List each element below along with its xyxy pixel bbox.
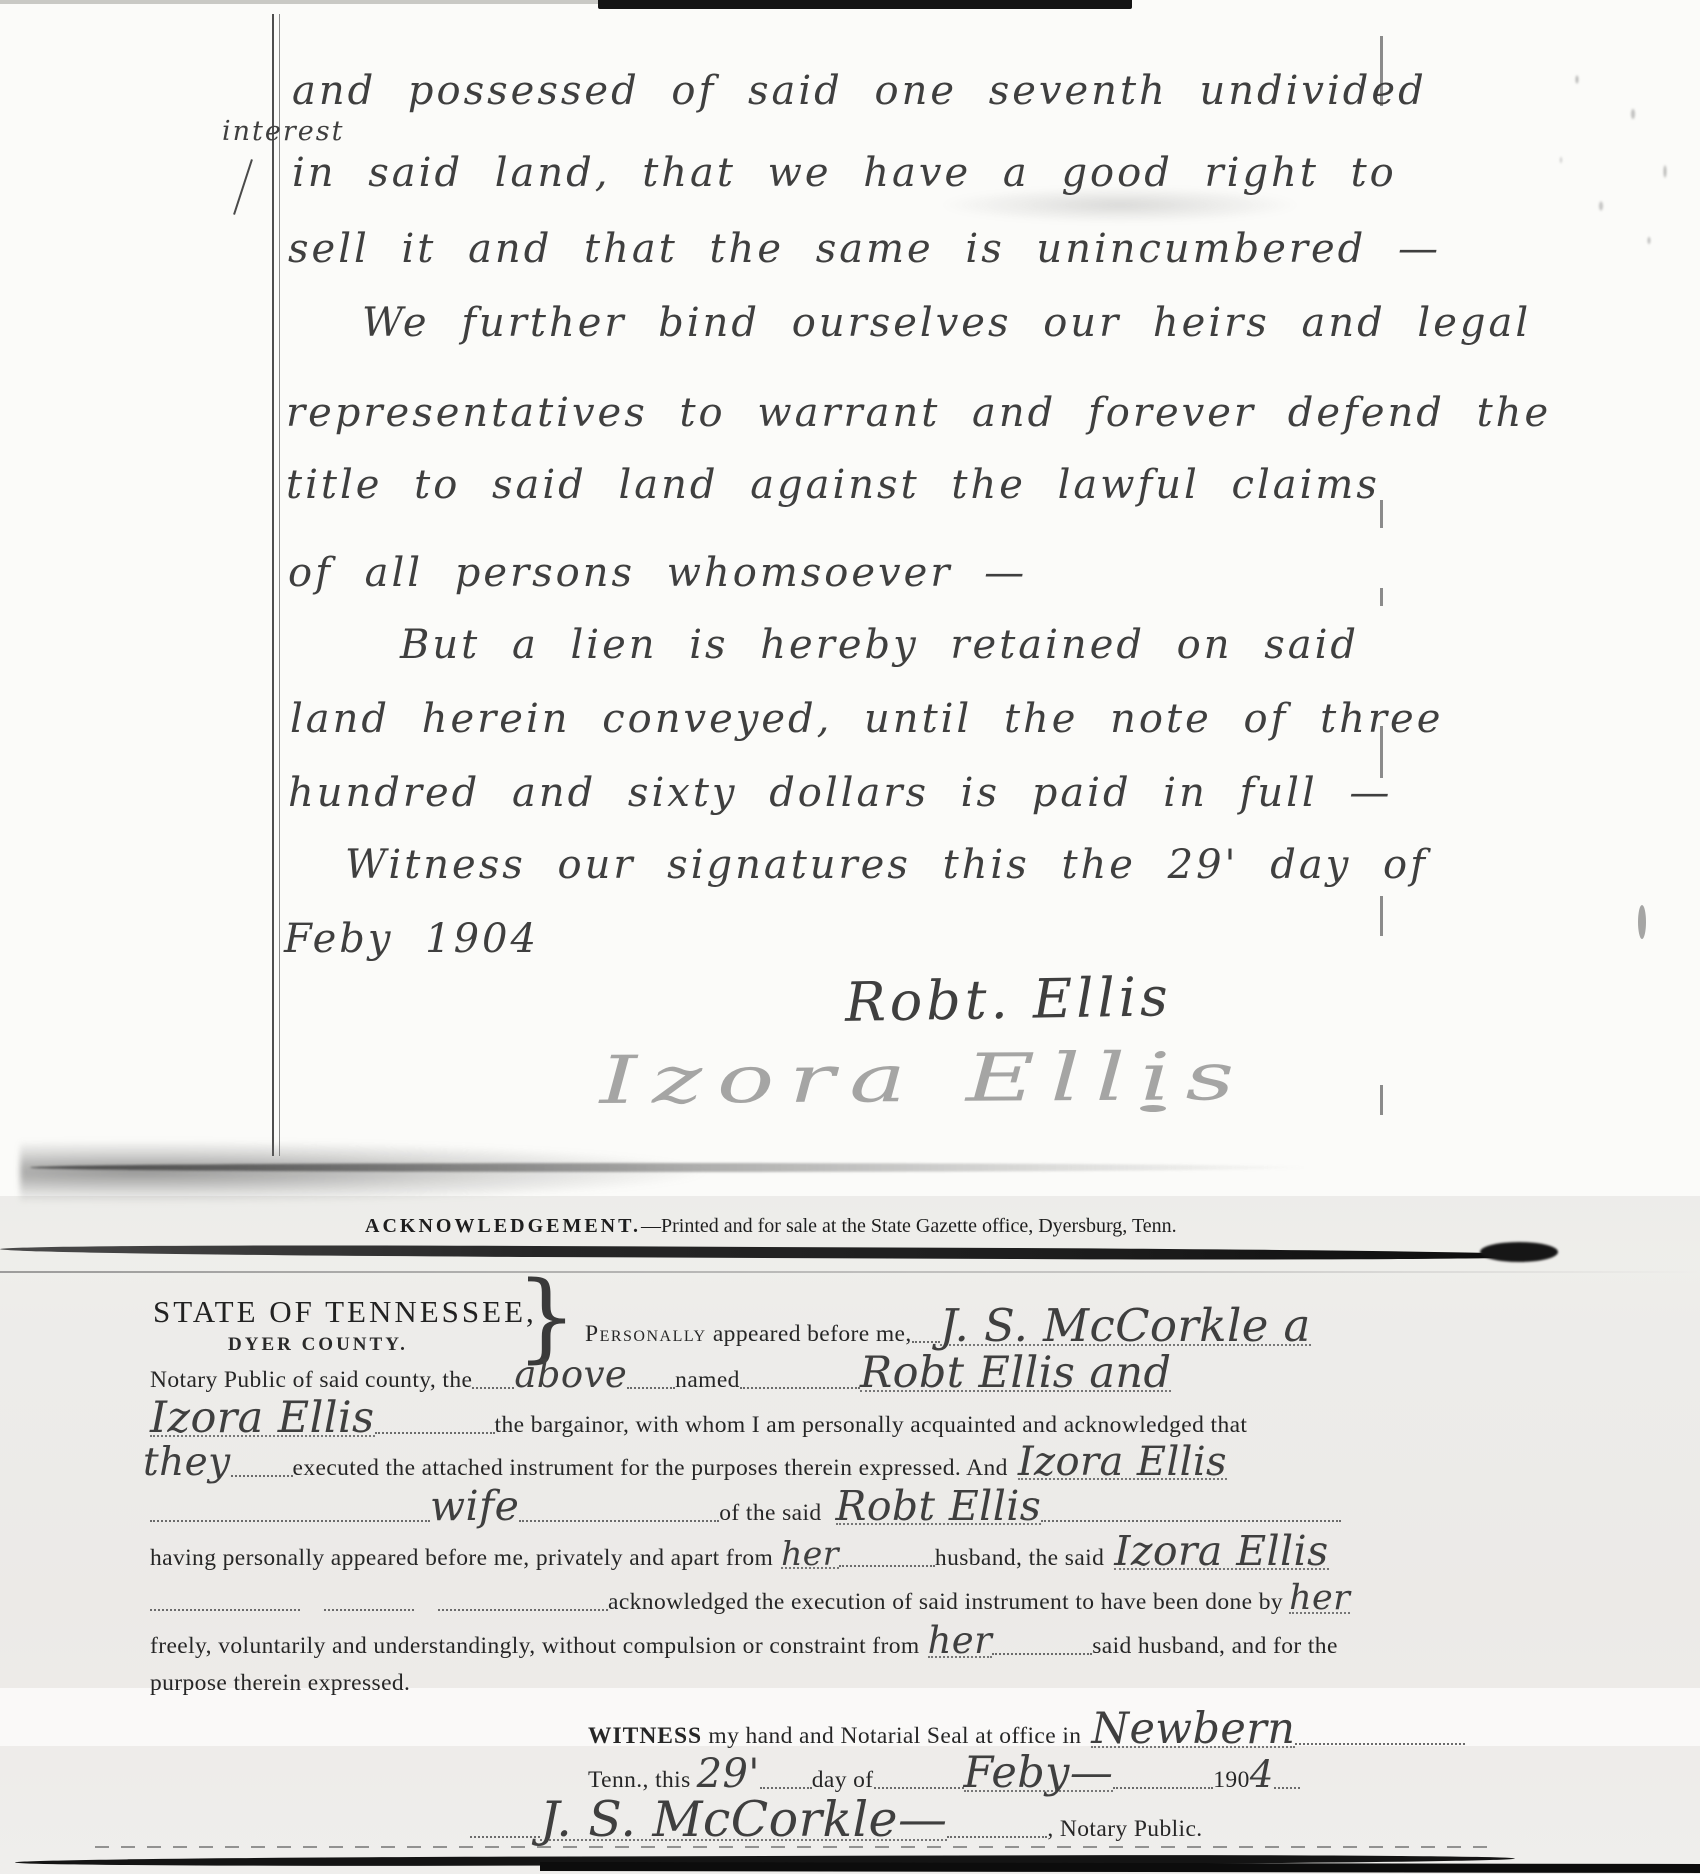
inserted-word: interest (222, 116, 344, 147)
margin-rule-line (272, 14, 280, 1156)
scan-right-mark (1380, 500, 1383, 528)
handwritten-line: of all persons whomsoever — (288, 550, 1027, 596)
form-row-witness: WITNESS my hand and Notarial Seal at off… (588, 1712, 1465, 1750)
handwritten-entry: J. S. McCorkle a (940, 1308, 1311, 1346)
handwritten-entry: her (1289, 1584, 1350, 1614)
dotted-leader (375, 1430, 495, 1434)
handwritten-entry: Feby— (964, 1756, 1114, 1792)
dotted-leader (519, 1518, 719, 1522)
handwritten-entry: J. S. McCorkle— (540, 1800, 947, 1841)
handwritten-line: hundred and sixty dollars is paid in ful… (288, 770, 1392, 816)
handwritten-entry: above (514, 1360, 627, 1390)
scan-top-gray-strip (0, 0, 640, 4)
handwritten-entry: they (143, 1447, 231, 1478)
form-row-bargainor: Izora Ellis the bargainor, with whom I a… (150, 1401, 1247, 1439)
dotted-leader (470, 1834, 540, 1838)
handwritten-entry: Newbern (1091, 1712, 1295, 1748)
scan-smudge-band (20, 1128, 1340, 1208)
dotted-leader (438, 1607, 608, 1611)
dotted-leader (1274, 1785, 1300, 1789)
header-heavy-rule (0, 1244, 1548, 1262)
dotted-leader (1041, 1518, 1341, 1522)
handwritten-line: title to said land against the lawful cl… (286, 462, 1380, 508)
handwritten-line: Witness our signatures this the 29' day … (345, 842, 1428, 888)
printed-text: freely, voluntarily and understandingly,… (150, 1633, 920, 1660)
printed-text: 190 (1213, 1767, 1249, 1794)
printed-text: acknowledged the execution of said instr… (608, 1589, 1283, 1616)
handwritten-entry: her (781, 1541, 839, 1569)
brace-glyph: } (516, 1272, 577, 1363)
handwritten-line: sell it and that the same is unincumbere… (288, 226, 1441, 272)
dotted-leader (150, 1518, 430, 1522)
dotted-leader (760, 1785, 812, 1789)
dotted-leader (839, 1563, 935, 1567)
form-row-notary-signature: J. S. McCorkle— , Notary Public. (470, 1800, 1203, 1843)
handwritten-line: representatives to warrant and forever d… (286, 390, 1551, 436)
printed-text: Notary Public of said county, the (150, 1367, 472, 1394)
county-heading: DYER COUNTY. (228, 1334, 408, 1356)
dotted-leader (740, 1385, 860, 1389)
printed-text: the bargainor, with whom I am personally… (495, 1412, 1248, 1439)
dotted-leader (947, 1834, 1047, 1838)
scan-right-mark (1380, 896, 1383, 936)
dotted-leader (231, 1473, 293, 1477)
printed-text: named (675, 1367, 740, 1394)
scan-right-mark (1380, 588, 1383, 606)
scan-speck (1648, 1640, 1656, 1645)
acknowledgement-subtitle: —Printed and for sale at the State Gazet… (641, 1215, 1177, 1237)
printed-text: purpose therein expressed. (150, 1670, 410, 1697)
printed-text: having personally appeared before me, pr… (150, 1545, 773, 1572)
handwritten-entry: Izora Ellis (1114, 1535, 1328, 1570)
caret-mark (233, 159, 253, 215)
form-row-date: Tenn., this 29' day of Feby— 190 4 (588, 1756, 1300, 1794)
handwritten-line: Feby 1904 (284, 916, 539, 962)
printed-text: day of (812, 1767, 874, 1794)
dotted-leader (324, 1607, 414, 1611)
printed-text: of the said (719, 1500, 821, 1527)
state-heading: STATE OF TENNESSEE, (153, 1294, 537, 1330)
scan-top-black-bar (598, 0, 1132, 9)
acknowledgement-title: ACKNOWLEDGEMENT. (365, 1215, 641, 1237)
handwritten-entry: Robt Ellis and (860, 1356, 1172, 1392)
handwritten-line: and possessed of said one seventh undivi… (292, 68, 1427, 114)
form-row-having: having personally appeared before me, pr… (150, 1535, 1329, 1572)
scan-speckle-cloud (1545, 45, 1700, 275)
form-row-purpose: purpose therein expressed. (150, 1670, 410, 1697)
handwritten-line: land herein conveyed, until the note of … (290, 696, 1443, 742)
scan-smudge-line (30, 1163, 1310, 1172)
handwritten-line: in said land, that we have a good right … (292, 150, 1397, 196)
printed-text: WITNESS (588, 1723, 702, 1750)
form-row-acknowledged: acknowledged the execution of said instr… (150, 1584, 1350, 1616)
dotted-leader (627, 1385, 675, 1389)
acknowledgement-header: ACKNOWLEDGEMENT.—Printed and for sale at… (365, 1215, 1177, 1238)
handwritten-entry: her (928, 1626, 993, 1658)
printed-text: husband, the said (935, 1545, 1104, 1572)
handwritten-entry: wife (430, 1490, 519, 1523)
printed-text: executed the attached instrument for the… (293, 1455, 1008, 1482)
scan-speck (1638, 905, 1646, 939)
scanned-deed-document: and possessed of said one seventh undivi… (0, 0, 1700, 1874)
dotted-leader (1295, 1741, 1465, 1745)
handwritten-line: But a lien is hereby retained on said (400, 622, 1359, 668)
header-rule-blob (1480, 1242, 1558, 1262)
signature-robt-ellis: Robt. Ellis (844, 965, 1172, 1034)
handwritten-entry: Izora Ellis (1018, 1446, 1227, 1480)
printed-text: Personally (585, 1321, 707, 1348)
scan-right-mark (1380, 1085, 1383, 1115)
printed-text: appeared before me, (707, 1321, 912, 1348)
dotted-leader (874, 1785, 964, 1789)
signature-izora-ellis: Izora Ellis (599, 1038, 1249, 1119)
form-row-wife: wife of the said Robt Ellis (150, 1490, 1341, 1527)
dotted-leader (150, 1607, 300, 1611)
form-row-freely: freely, voluntarily and understandingly,… (150, 1626, 1338, 1660)
printed-text: Tenn., this (588, 1767, 691, 1794)
scan-speck (1660, 1560, 1670, 1566)
dotted-leader (992, 1651, 1092, 1655)
handwritten-entry: 29' (697, 1758, 760, 1790)
handwritten-entry: Robt Ellis (836, 1490, 1042, 1525)
printed-text: , Notary Public. (1047, 1816, 1202, 1843)
handwritten-entry: Izora Ellis (150, 1401, 375, 1437)
dotted-leader (472, 1385, 514, 1389)
bottom-heavy-rule (15, 1854, 1515, 1867)
printed-text: my hand and Notarial Seal at office in (702, 1723, 1081, 1750)
form-row-notary: Notary Public of said county, the above … (150, 1356, 1171, 1394)
bottom-heavy-rule-2 (540, 1862, 1700, 1873)
printed-text: said husband, and for the (1092, 1633, 1338, 1660)
form-row-personally: Personally appeared before me, J. S. McC… (585, 1308, 1311, 1348)
header-thin-rule (0, 1271, 1700, 1273)
handwritten-line: We further bind ourselves our heirs and … (362, 300, 1531, 346)
dotted-leader (1113, 1785, 1213, 1789)
dotted-leader (912, 1339, 940, 1343)
form-row-executed: they executed the attached instrument fo… (143, 1446, 1227, 1482)
handwritten-entry: 4 (1250, 1760, 1274, 1790)
